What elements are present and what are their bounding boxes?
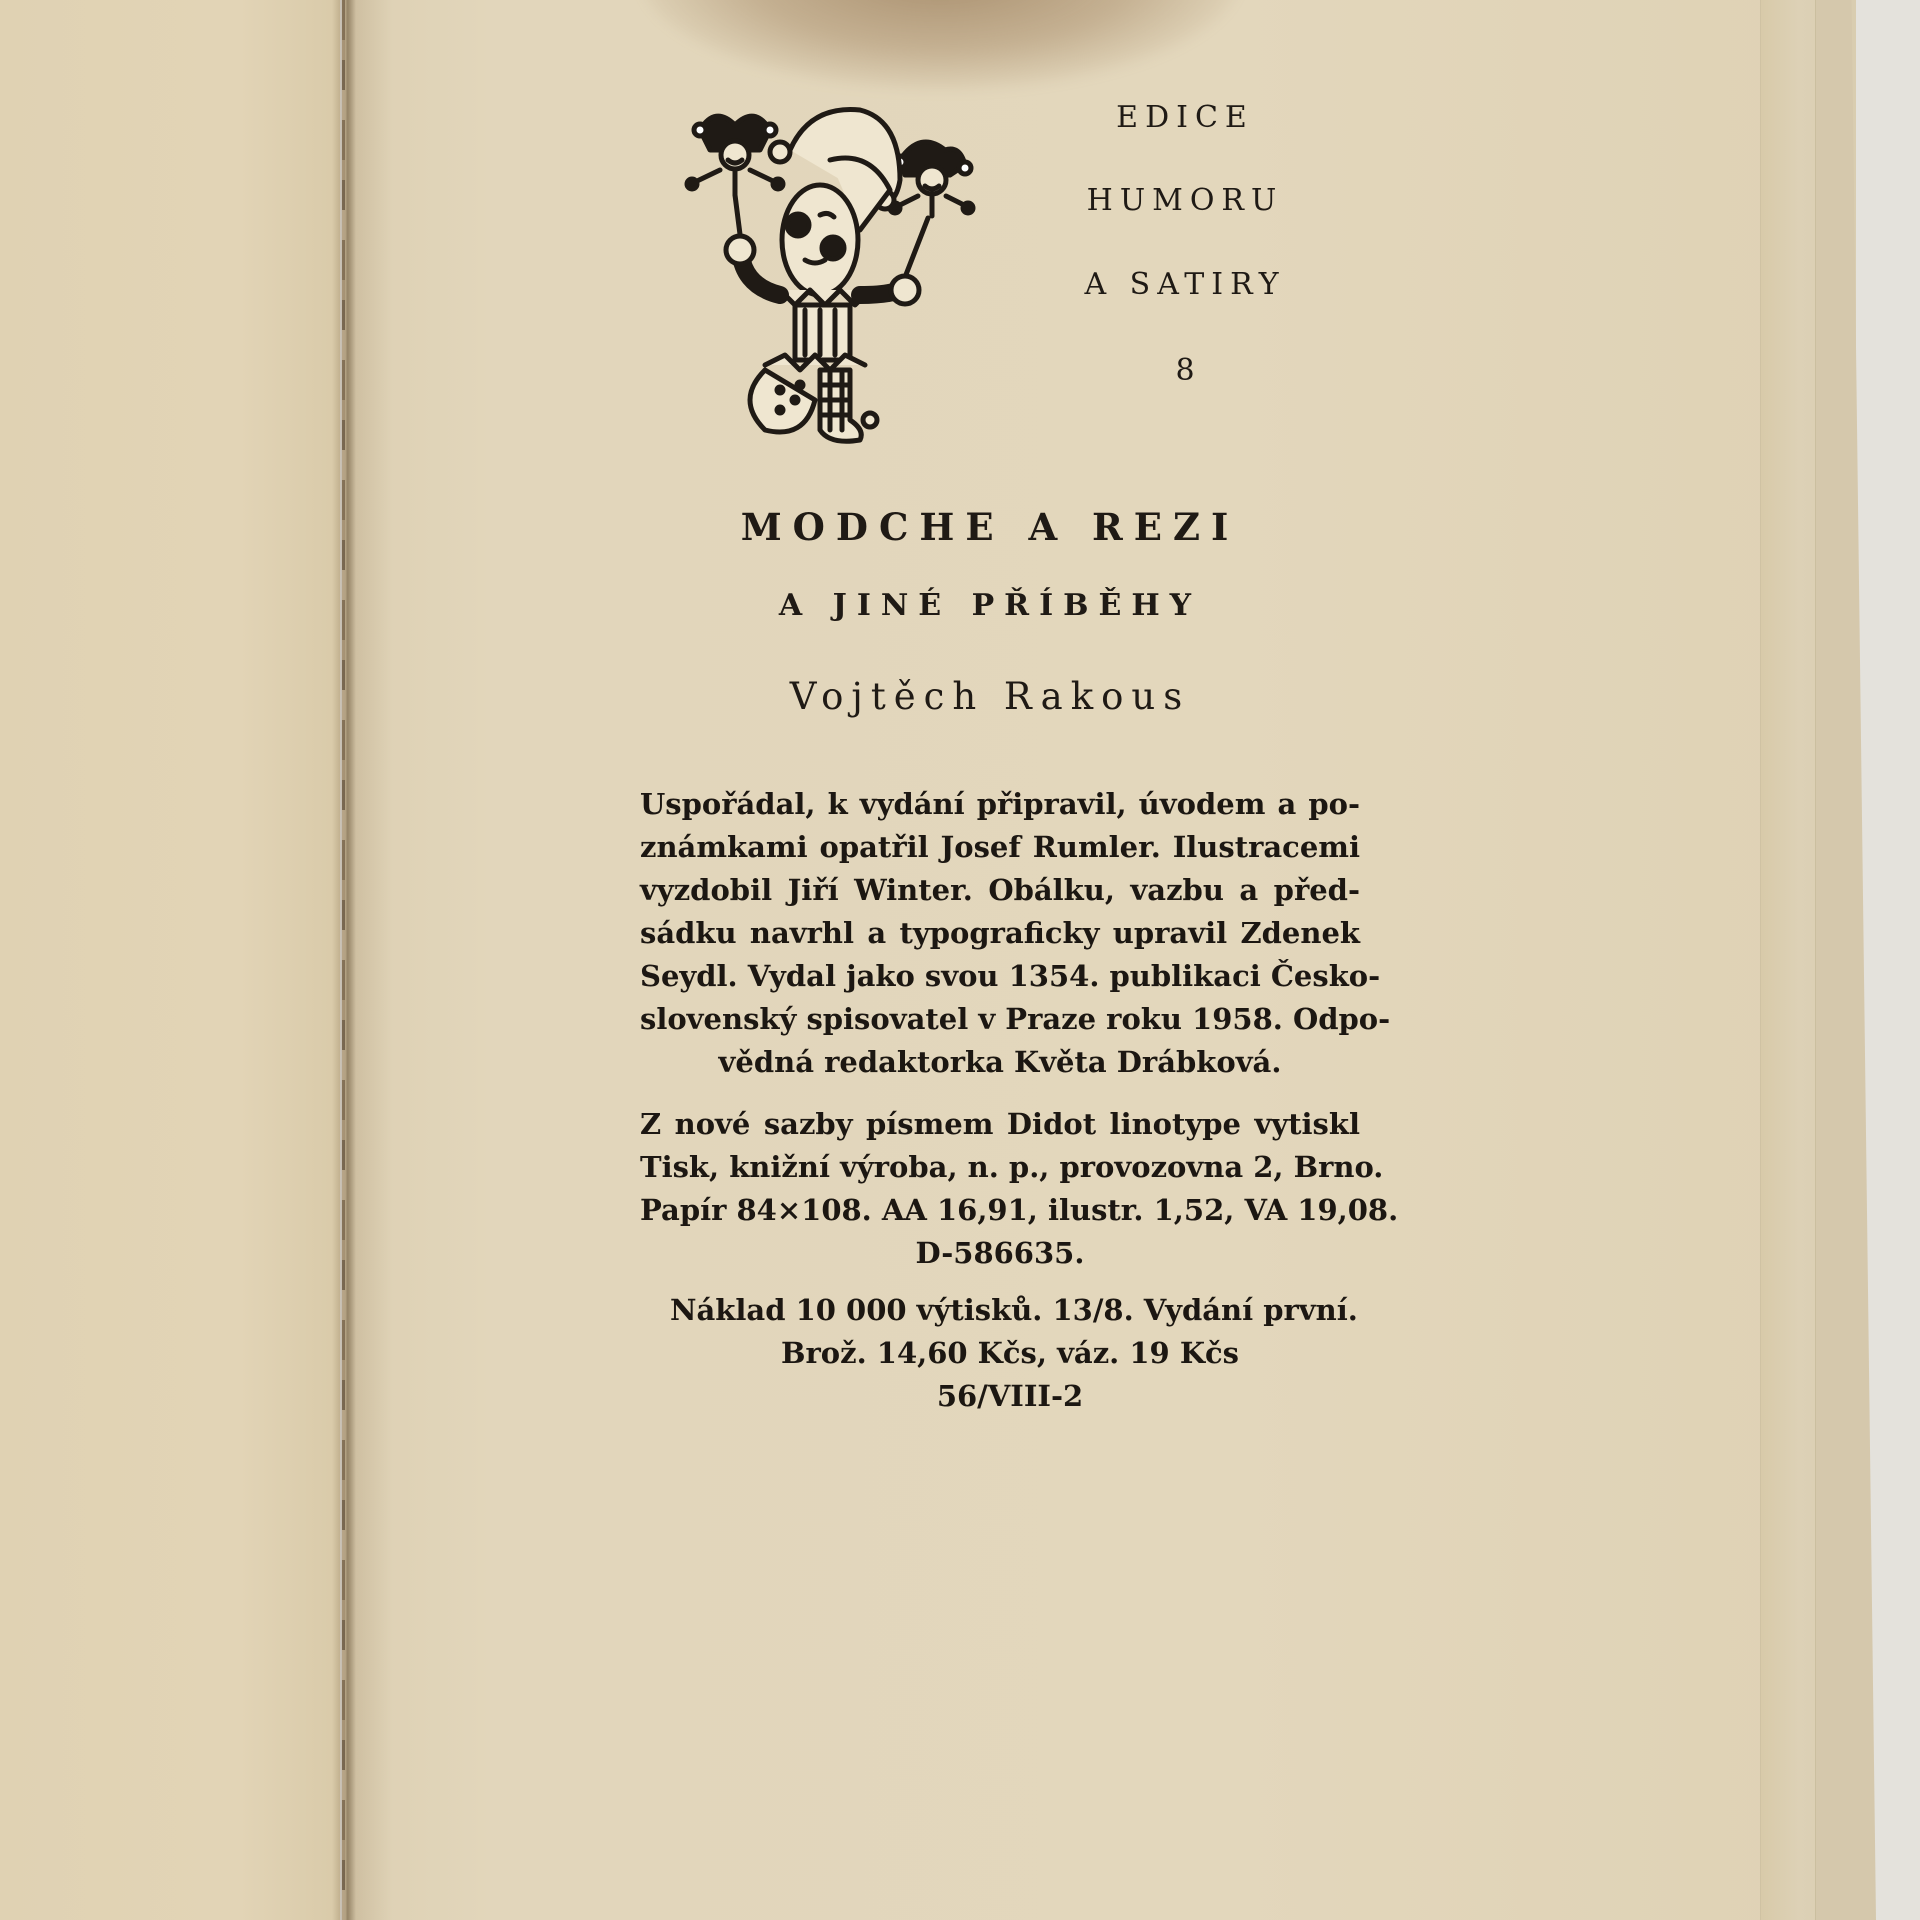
series-line: HUMORU [1050, 183, 1320, 218]
page-edge-stack-outer [1815, 0, 1876, 1920]
imprint-line: vyzdobil Jiří Winter. Obálku, vazbu a př… [640, 869, 1360, 912]
book-gutter-shadow [332, 0, 392, 1920]
imprint-line: Papír 84×108. AA 16,91, ilustr. 1,52, VA… [640, 1189, 1360, 1232]
imprint-line: Seydl. Vydal jako svou 1354. publikaci Č… [640, 955, 1360, 998]
book-subtitle: A JINÉ PŘÍBĚHY [640, 588, 1340, 623]
book-author: Vojtěch Rakous [640, 675, 1340, 718]
imprint-line: Uspořádal, k vydání připravil, úvodem a … [640, 783, 1360, 826]
imprint-line: vědná redaktorka Květa Drábková. [640, 1041, 1360, 1084]
left-page [0, 0, 340, 1920]
imprint-credits: Uspořádal, k vydání připravil, úvodem a … [640, 783, 1360, 1084]
imprint-line: sádku navrhl a typograficky upravil Zden… [640, 912, 1360, 955]
imprint-line: Brož. 14,60 Kčs, váz. 19 Kčs [670, 1332, 1350, 1375]
imprint-line: Tisk, knižní výroba, n. p., provozovna 2… [640, 1146, 1360, 1189]
series-line: EDICE [1050, 100, 1320, 135]
jester-icon [670, 100, 990, 450]
book-title: MODCHE A REZI [640, 505, 1340, 549]
imprint-line: D-586635. [640, 1232, 1360, 1275]
book-spread: EDICE HUMORU A SATIRY 8 MODCHE A REZI A … [0, 0, 1920, 1920]
series-number: 8 [1050, 353, 1320, 388]
imprint-line: slovenský spisovatel v Praze roku 1958. … [640, 998, 1360, 1041]
imprint-printing: Z nové sazby písmem Didot linotype vytis… [640, 1103, 1360, 1275]
imprint-line: Z nové sazby písmem Didot linotype vytis… [640, 1103, 1360, 1146]
imprint-edition: Náklad 10 000 výtisků. 13/8. Vydání prvn… [670, 1289, 1350, 1418]
imprint-line: 56/VIII-2 [670, 1375, 1350, 1418]
imprint-line: známkami opatřil Josef Rumler. Ilustrace… [640, 826, 1360, 869]
imprint-line: Náklad 10 000 výtisků. 13/8. Vydání prvn… [670, 1289, 1350, 1332]
series-line: A SATIRY [1050, 267, 1320, 302]
book-gutter-fold [342, 0, 345, 1920]
